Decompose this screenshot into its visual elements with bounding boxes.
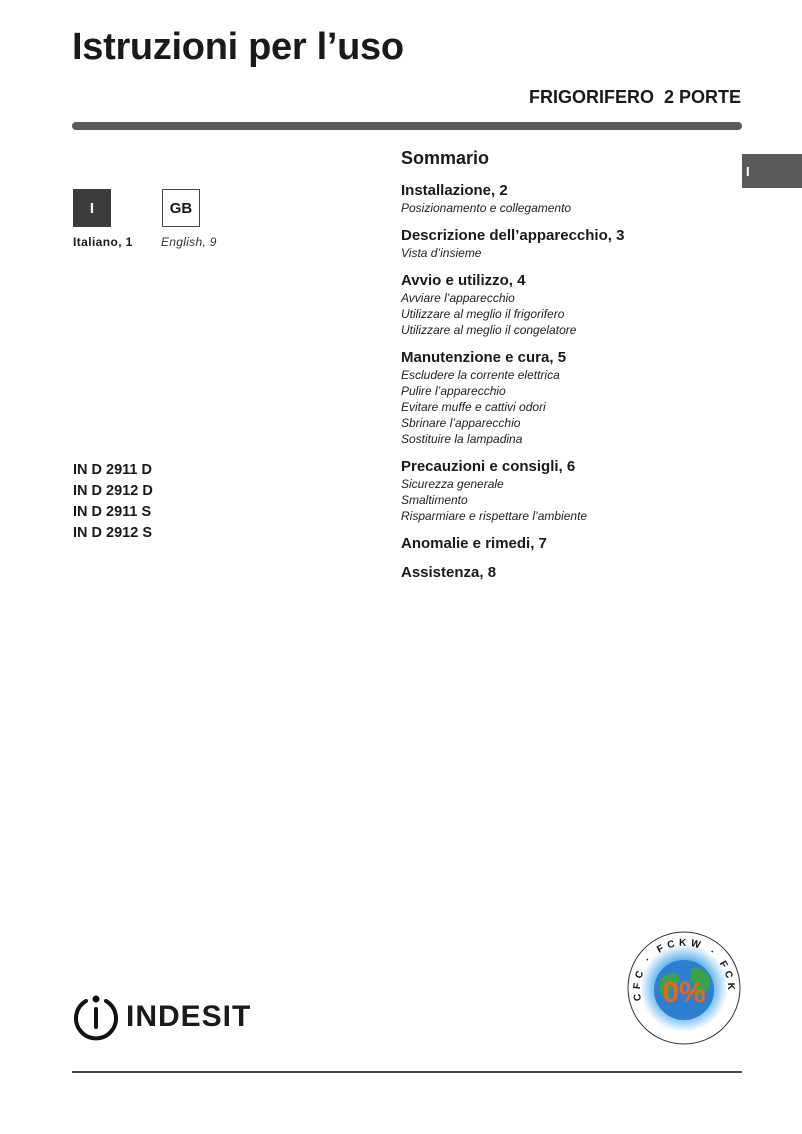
footer-divider — [72, 1071, 742, 1073]
brand-logo: INDESIT — [72, 993, 251, 1041]
toc-section: Avvio e utilizzo, 4Avviare l’apparecchio… — [401, 272, 731, 338]
toc-subitem[interactable]: Escludere la corrente elettrica — [401, 367, 731, 383]
toc-section: Anomalie e rimedi, 7 — [401, 535, 731, 553]
toc-section-heading[interactable]: Installazione, 2 — [401, 182, 731, 200]
section-side-tab: I — [742, 154, 802, 188]
language-label-english[interactable]: English, 9 — [161, 235, 217, 249]
model-number: IN D 2912 S — [73, 523, 153, 544]
svg-text:0%: 0% — [662, 976, 705, 1009]
toc-subitem[interactable]: Sicurezza generale — [401, 476, 731, 492]
toc-section: Installazione, 2Posizionamento e collega… — [401, 182, 731, 216]
language-label-italian[interactable]: Italiano, 1 — [73, 235, 133, 249]
toc-sections: Installazione, 2Posizionamento e collega… — [401, 182, 731, 582]
toc-subitem[interactable]: Vista d’insieme — [401, 245, 731, 261]
toc-section-heading[interactable]: Descrizione dell’apparecchio, 3 — [401, 227, 731, 245]
toc-section-heading[interactable]: Precauzioni e consigli, 6 — [401, 458, 731, 476]
toc-subitem[interactable]: Pulire l’apparecchio — [401, 383, 731, 399]
toc-section: Descrizione dell’apparecchio, 3Vista d’i… — [401, 227, 731, 261]
toc-subitem[interactable]: Posizionamento e collegamento — [401, 200, 731, 216]
toc-subitem[interactable]: Sbrinare l’apparecchio — [401, 415, 731, 431]
toc-subitem[interactable]: Smaltimento — [401, 492, 731, 508]
brand-name: INDESIT — [126, 1002, 251, 1032]
toc-section: Manutenzione e cura, 5Escludere la corre… — [401, 349, 731, 447]
product-type: FRIGORIFERO 2 PORTE — [529, 86, 741, 108]
toc-subitem[interactable]: Risparmiare e rispettare l’ambiente — [401, 508, 731, 524]
toc-section: Assistenza, 8 — [401, 564, 731, 582]
document-title: Istruzioni per l’uso — [72, 22, 404, 72]
model-number: IN D 2911 S — [73, 502, 153, 523]
language-tab-english[interactable]: GB — [162, 189, 200, 227]
toc-subitem[interactable]: Evitare muffe e cattivi odori — [401, 399, 731, 415]
toc-subitem[interactable]: Sostituire la lampadina — [401, 431, 731, 447]
table-of-contents: Sommario Installazione, 2Posizionamento … — [401, 146, 731, 593]
toc-section-heading[interactable]: Anomalie e rimedi, 7 — [401, 535, 731, 553]
cfc-free-badge-icon: 0% CFC · FCKW · FCK — [626, 930, 742, 1046]
model-number: IN D 2911 D — [73, 460, 153, 481]
header-divider — [72, 122, 742, 130]
toc-section-heading[interactable]: Avvio e utilizzo, 4 — [401, 272, 731, 290]
toc-section-heading[interactable]: Manutenzione e cura, 5 — [401, 349, 731, 367]
toc-subitem[interactable]: Utilizzare al meglio il congelatore — [401, 322, 731, 338]
indesit-power-icon — [72, 993, 120, 1041]
toc-subitem[interactable]: Avviare l’apparecchio — [401, 290, 731, 306]
model-list: IN D 2911 DIN D 2912 DIN D 2911 SIN D 29… — [73, 460, 153, 544]
model-number: IN D 2912 D — [73, 481, 153, 502]
toc-section: Precauzioni e consigli, 6Sicurezza gener… — [401, 458, 731, 524]
language-tab-italian[interactable]: I — [73, 189, 111, 227]
toc-title: Sommario — [401, 146, 731, 170]
toc-subitem[interactable]: Utilizzare al meglio il frigorifero — [401, 306, 731, 322]
toc-section-heading[interactable]: Assistenza, 8 — [401, 564, 731, 582]
